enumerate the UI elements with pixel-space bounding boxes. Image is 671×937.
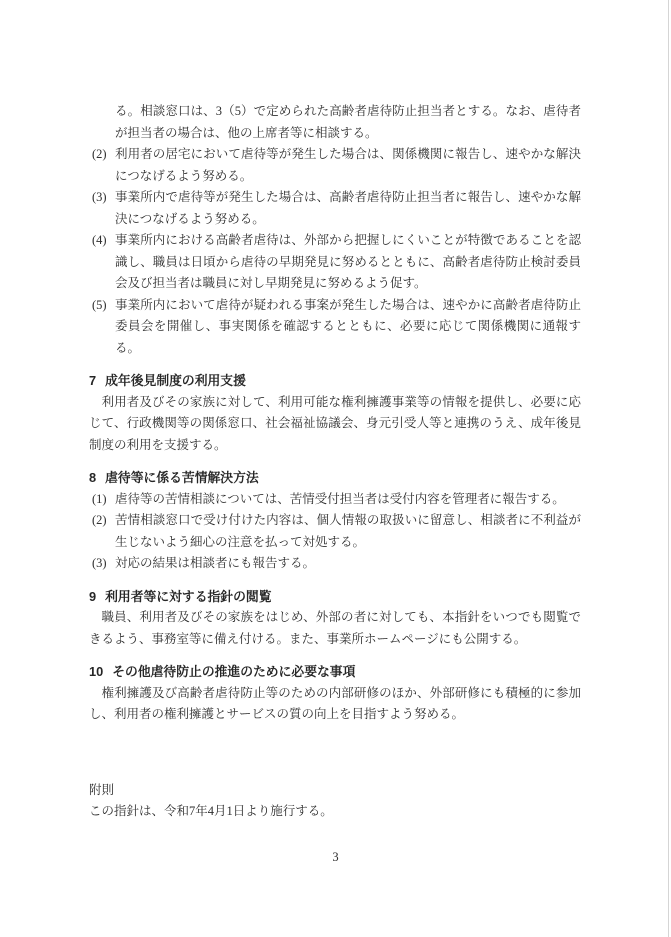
section-title: 利用者等に対する指針の閲覧 [105,586,271,608]
document-content: る。相談窓口は、3（5）で定められた高齢者虐待防止担当者とする。なお、虐待者が担… [89,101,581,823]
section-7: 7 成年後見制度の利用支援 利用者及びその家族に対して、利用可能な権利擁護事業等… [89,370,581,456]
appendix: 附則 この指針は、令和7年4月1日より施行する。 [89,780,581,823]
numbered-item: (3) 対応の結果は相談者にも報告する。 [89,553,581,575]
item-text: 事業所内において虐待が疑われる事案が発生した場合は、速やかに高齢者虐待防止委員会… [115,298,581,355]
item-text: 苦情相談窓口で受け付けた内容は、個人情報の取扱いに留意し、相談者に不利益が生じな… [115,513,581,549]
section-number: 9 [89,586,96,608]
appendix-title: 附則 [89,780,581,802]
item-marker: (4) [92,230,107,252]
page-number: 3 [0,849,671,865]
item-marker: (3) [92,187,107,209]
item-text: 利用者の居宅において虐待等が発生した場合は、関係機関に報告し、速やかな解決につな… [115,147,581,183]
numbered-item: (5) 事業所内において虐待が疑われる事案が発生した場合は、速やかに高齢者虐待防… [89,295,581,360]
section-number: 8 [89,467,96,489]
document-page: る。相談窓口は、3（5）で定められた高齢者虐待防止担当者とする。なお、虐待者が担… [0,0,671,937]
section-body: 職員、利用者及びその家族をはじめ、外部の者に対しても、本指針をいつでも閲覧できる… [89,607,581,650]
item-text: 事業所内における高齢者虐待は、外部から把握しにくいことが特徴であることを認識し、… [115,233,581,290]
item-marker: (1) [92,489,107,511]
viewer-edge-line [668,0,669,937]
section-title: その他虐待防止の推進のために必要な事項 [112,661,355,683]
section-heading: 7 成年後見制度の利用支援 [89,370,581,392]
section-number: 7 [89,370,96,392]
section-heading: 9 利用者等に対する指針の閲覧 [89,586,581,608]
item-text: 対応の結果は相談者にも報告する。 [115,556,315,570]
section-9: 9 利用者等に対する指針の閲覧 職員、利用者及びその家族をはじめ、外部の者に対し… [89,586,581,651]
numbered-item: (2) 苦情相談窓口で受け付けた内容は、個人情報の取扱いに留意し、相談者に不利益… [89,510,581,553]
numbered-item: (4) 事業所内における高齢者虐待は、外部から把握しにくいことが特徴であることを… [89,230,581,295]
item-marker: (2) [92,510,107,532]
item-marker: (5) [92,295,107,317]
section-heading: 10 その他虐待防止の推進のために必要な事項 [89,661,581,683]
section-body: 利用者及びその家族に対して、利用可能な権利擁護事業等の情報を提供し、必要に応じて… [89,392,581,457]
item-marker: (2) [92,144,107,166]
section-number: 10 [89,661,103,683]
section-8: 8 虐待等に係る苦情解決方法 (1) 虐待等の苦情相談については、苦情受付担当者… [89,467,581,575]
numbered-item: (1) 虐待等の苦情相談については、苦情受付担当者は受付内容を管理者に報告する。 [89,489,581,511]
section-10: 10 その他虐待防止の推進のために必要な事項 権利擁護及び高齢者虐待防止等のため… [89,661,581,726]
item-text: 虐待等の苦情相談については、苦情受付担当者は受付内容を管理者に報告する。 [115,492,565,506]
numbered-item: (3) 事業所内で虐待等が発生した場合は、高齢者虐待防止担当者に報告し、速やかな… [89,187,581,230]
section-heading: 8 虐待等に係る苦情解決方法 [89,467,581,489]
appendix-text: この指針は、令和7年4月1日より施行する。 [89,801,581,823]
item-text: 事業所内で虐待等が発生した場合は、高齢者虐待防止担当者に報告し、速やかな解決につ… [115,190,581,226]
section-body: 権利擁護及び高齢者虐待防止等のための内部研修のほか、外部研修にも積極的に参加し、… [89,683,581,726]
section-title: 成年後見制度の利用支援 [105,370,246,392]
continuation-paragraph: る。相談窓口は、3（5）で定められた高齢者虐待防止担当者とする。なお、虐待者が担… [115,101,581,144]
section-title: 虐待等に係る苦情解決方法 [105,467,259,489]
numbered-item: (2) 利用者の居宅において虐待等が発生した場合は、関係機関に報告し、速やかな解… [89,144,581,187]
item-marker: (3) [92,553,107,575]
